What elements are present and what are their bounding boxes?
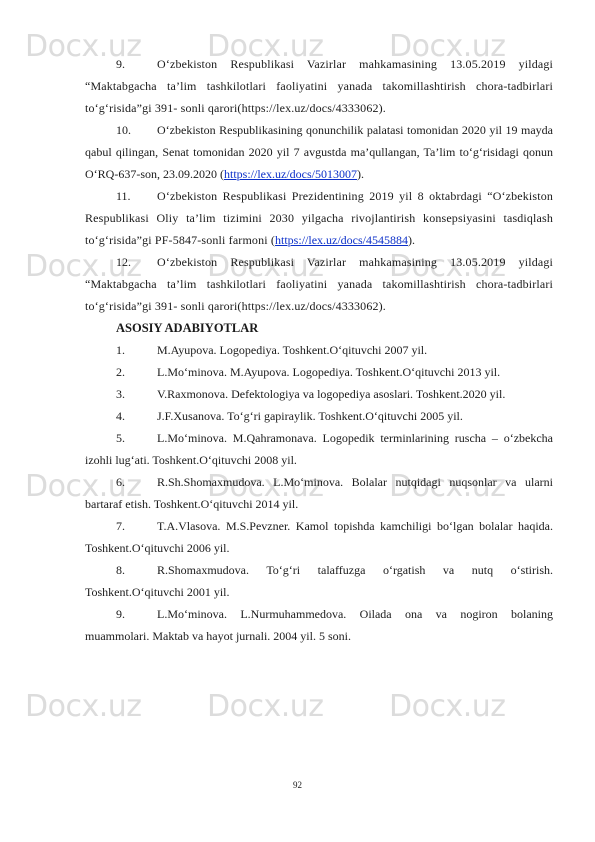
entry-number: 11. (116, 185, 157, 207)
literature-entry: 1.M.Ayupova. Logopediya. Toshkent.O‘qitu… (85, 339, 553, 361)
entry-number: 2. (116, 361, 157, 383)
literature-entry: 8.R.Shomaxmudova. To‘g‘ri talaffuzga o‘r… (85, 559, 553, 603)
entry-text: M.Ayupova. Logopediya. Toshkent.O‘qituvc… (157, 343, 427, 357)
reference-entry: 9.O‘zbekiston Respublikasi Vazirlar mahk… (85, 53, 553, 119)
watermark: Docx.uz (207, 692, 324, 722)
entry-number: 12. (116, 251, 157, 273)
watermark: Docx.uz (389, 692, 506, 722)
reference-link[interactable]: https://lex.uz/docs/4545884 (275, 233, 408, 247)
entry-number: 5. (116, 427, 157, 449)
literature-entry: 2.L.Mo‘minova. M.Ayupova. Logopediya. To… (85, 361, 553, 383)
reference-entry: 11.O‘zbekiston Respublikasi Prezidentini… (85, 185, 553, 251)
entry-text-end: ). (357, 167, 364, 181)
entry-number: 9. (116, 603, 157, 625)
reference-entry: 10.O‘zbekiston Respublikasining qonunchi… (85, 119, 553, 185)
literature-entry: 3.V.Raxmonova. Defektologiya va logopedi… (85, 383, 553, 405)
document-page: 9.O‘zbekiston Respublikasi Vazirlar mahk… (85, 53, 553, 647)
entry-text: L.Mo‘minova. M.Ayupova. Logopediya. Tosh… (157, 365, 500, 379)
literature-entry: 6.R.Sh.Shomaxmudova. L.Mo‘minova. Bolala… (85, 471, 553, 515)
reference-link[interactable]: https://lex.uz/docs/5013007 (224, 167, 357, 181)
entry-text: V.Raxmonova. Defektologiya va logopediya… (157, 387, 505, 401)
literature-entry: 7.T.A.Vlasova. M.S.Pevzner. Kamol topish… (85, 515, 553, 559)
entry-number: 8. (116, 559, 157, 581)
entry-number: 3. (116, 383, 157, 405)
entry-number: 9. (116, 53, 157, 75)
literature-entry: 5.L.Mo‘minova. M.Qahramonava. Logopedik … (85, 427, 553, 471)
entry-number: 10. (116, 119, 157, 141)
literature-entry: 9.L.Mo‘minova. L.Nurmuhammedova. Oilada … (85, 603, 553, 647)
section-heading: ASOSIY ADABIYOTLAR (85, 317, 553, 339)
entry-number: 4. (116, 405, 157, 427)
entry-number: 7. (116, 515, 157, 537)
entry-text: J.F.Xusanova. To‘g‘ri gapiraylik. Toshke… (157, 409, 463, 423)
literature-entry: 4.J.F.Xusanova. To‘g‘ri gapiraylik. Tosh… (85, 405, 553, 427)
page-number: 92 (0, 780, 595, 790)
entry-number: 6. (116, 471, 157, 493)
entry-text-end: ). (408, 233, 415, 247)
reference-entry: 12.O‘zbekiston Respublikasi Vazirlar mah… (85, 251, 553, 317)
entry-number: 1. (116, 339, 157, 361)
watermark: Docx.uz (25, 692, 142, 722)
